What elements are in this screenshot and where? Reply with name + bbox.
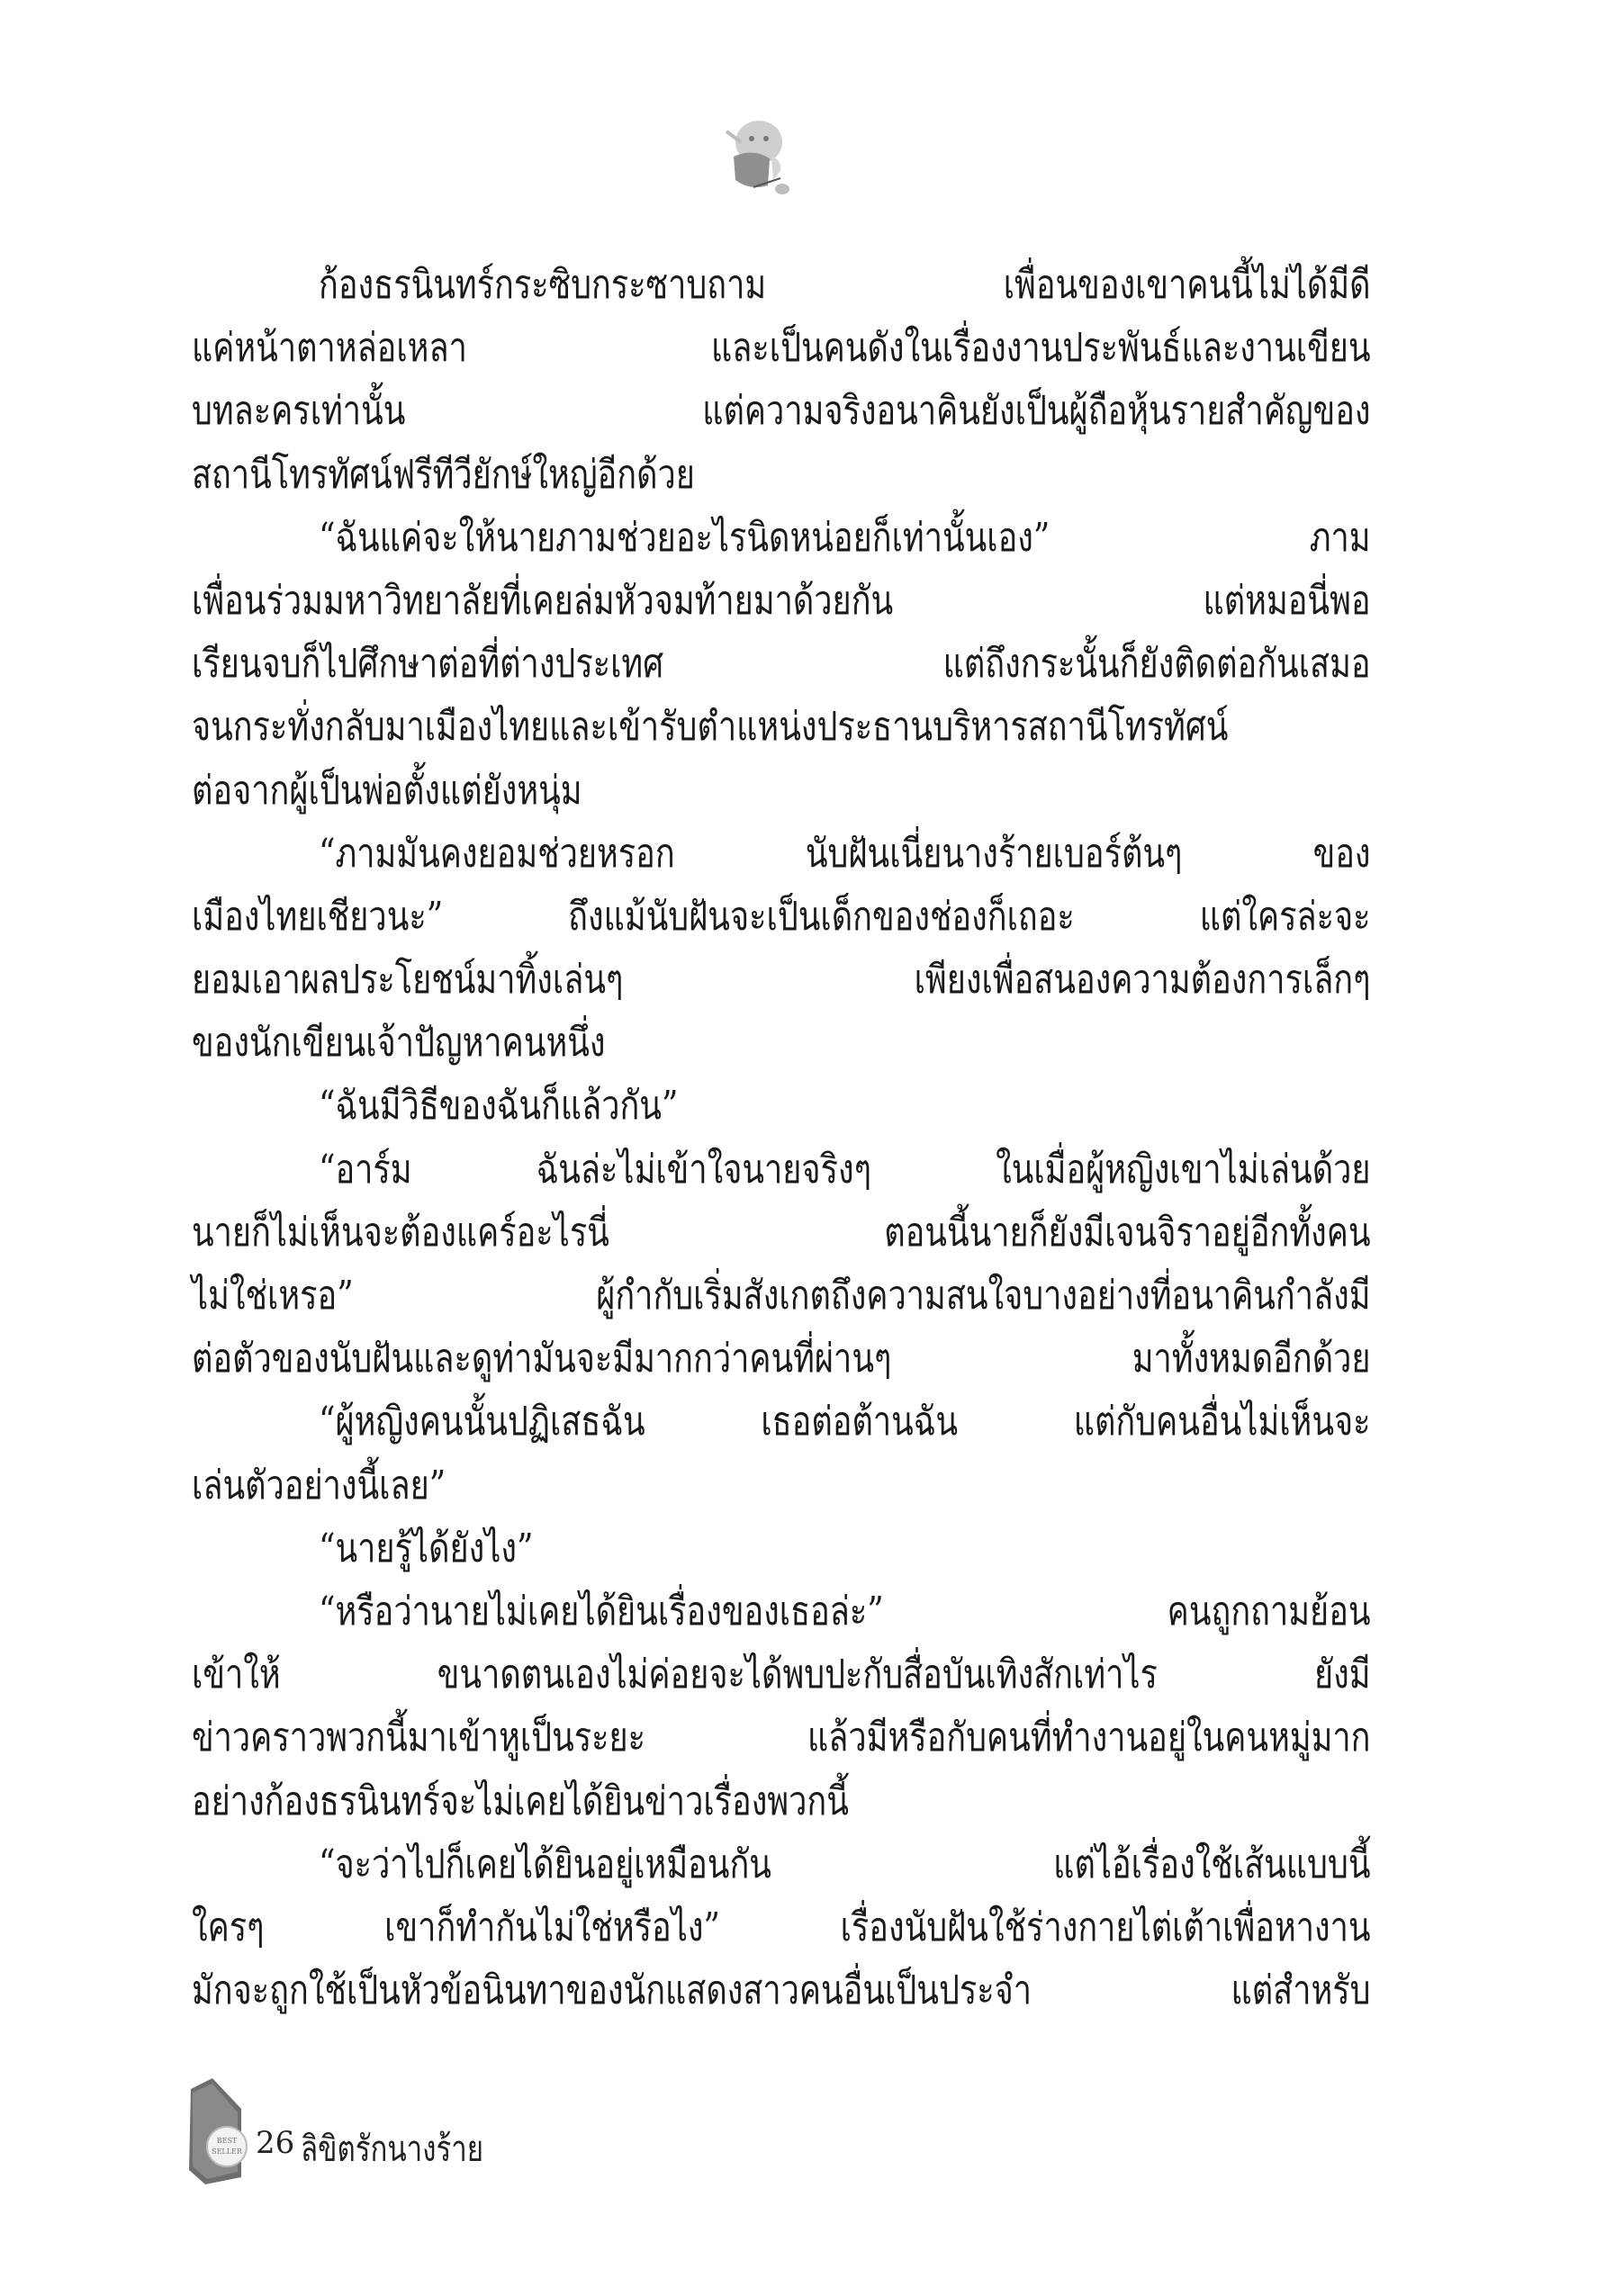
text-line: เล่นตัวอย่างนี้เลย” [192, 1454, 1371, 1517]
text-line: ข่าวคราวพวกนี้มาเข้าหูเป็นระยะ แล้วมีหรื… [192, 1706, 1371, 1769]
text-line: เมืองไทยเชียวนะ” ถึงแม้นับฝันจะเป็นเด็กข… [192, 886, 1371, 949]
text-line: เรียนจบก็ไปศึกษาต่อที่ต่างประเทศ แต่ถึงก… [192, 633, 1371, 696]
book-title: ลิขิตรักนางร้าย [301, 2120, 483, 2177]
svg-text:BEST: BEST [217, 2137, 238, 2145]
text-line: “ภามมันคงยอมช่วยหรอก นับฝันเนี่ยนางร้ายเ… [192, 823, 1371, 886]
text-line: ไม่ใช่เหรอ” ผู้กำกับเริ่มสังเกตถึงความสน… [192, 1265, 1371, 1328]
svg-text:SELLER: SELLER [212, 2147, 243, 2156]
text-line: ต่อตัวของนับฝันและดูท่ามันจะมีมากกว่าคนท… [192, 1328, 1371, 1391]
text-line: เพื่อนร่วมมหาวิทยาลัยที่เคยล่มหัวจมท้ายม… [192, 570, 1371, 633]
best-seller-book-icon: BEST SELLER [185, 2073, 239, 2190]
page-number: 26 [256, 2125, 294, 2161]
text-line: ของนักเขียนเจ้าปัญหาคนหนึ่ง [192, 1012, 1371, 1075]
text-line: มักจะถูกใช้เป็นหัวข้อนินทาของนักแสดงสาวค… [192, 1959, 1371, 2022]
text-line: ใครๆ เขาก็ทำกันไม่ใช่หรือไง” เรื่องนับฝั… [192, 1896, 1371, 1959]
text-line: “ผู้หญิงคนนั้นปฏิเสธฉัน เธอต่อต้านฉัน แต… [192, 1391, 1371, 1454]
text-line: สถานีโทรทัศน์ฟรีทีวียักษ์ใหญ่อีกด้วย [192, 444, 1371, 507]
text-line: แค่หน้าตาหล่อเหลา และเป็นคนดังในเรื่องงา… [192, 317, 1371, 380]
text-line: “ฉันแค่จะให้นายภามช่วยอะไรนิดหน่อยก็เท่า… [192, 507, 1371, 570]
text-line: “ฉันมีวิธีของฉันก็แล้วกัน” [192, 1075, 1371, 1138]
text-line: “นายรู้ได้ยังไง” [192, 1517, 1371, 1580]
cartoon-character-icon [717, 115, 797, 202]
text-line: เข้าให้ ขนาดตนเองไม่ค่อยจะได้พบปะกับสื่อ… [192, 1643, 1371, 1706]
text-line: ก้องธรนินทร์กระซิบกระซาบถาม เพื่อนของเขา… [192, 254, 1371, 317]
text-line: จนกระทั่งกลับมาเมืองไทยและเข้ารับตำแหน่ง… [192, 696, 1371, 759]
text-line: อย่างก้องธรนินทร์จะไม่เคยได้ยินข่าวเรื่อ… [192, 1770, 1371, 1833]
text-line: “อาร์ม ฉันล่ะไม่เข้าใจนายจริงๆ ในเมื่อผู… [192, 1139, 1371, 1202]
text-line: “หรือว่านายไม่เคยได้ยินเรื่องของเธอล่ะ” … [192, 1580, 1371, 1643]
page-footer: BEST SELLER 26 ลิขิตรักนางร้าย [185, 2073, 816, 2190]
body-text: ก้องธรนินทร์กระซิบกระซาบถาม เพื่อนของเขา… [192, 254, 1371, 2022]
text-line: นายก็ไม่เห็นจะต้องแคร์อะไรนี่ ตอนนี้นายก… [192, 1202, 1371, 1265]
text-line: บทละครเท่านั้น แต่ความจริงอนาคินยังเป็นผ… [192, 380, 1371, 443]
text-line: ยอมเอาผลประโยชน์มาทิ้งเล่นๆ เพียงเพื่อสน… [192, 949, 1371, 1012]
text-line: “จะว่าไปก็เคยได้ยินอยู่เหมือนกัน แต่ไอ้เ… [192, 1833, 1371, 1896]
text-line: ต่อจากผู้เป็นพ่อตั้งแต่ยังหนุ่ม [192, 760, 1371, 823]
